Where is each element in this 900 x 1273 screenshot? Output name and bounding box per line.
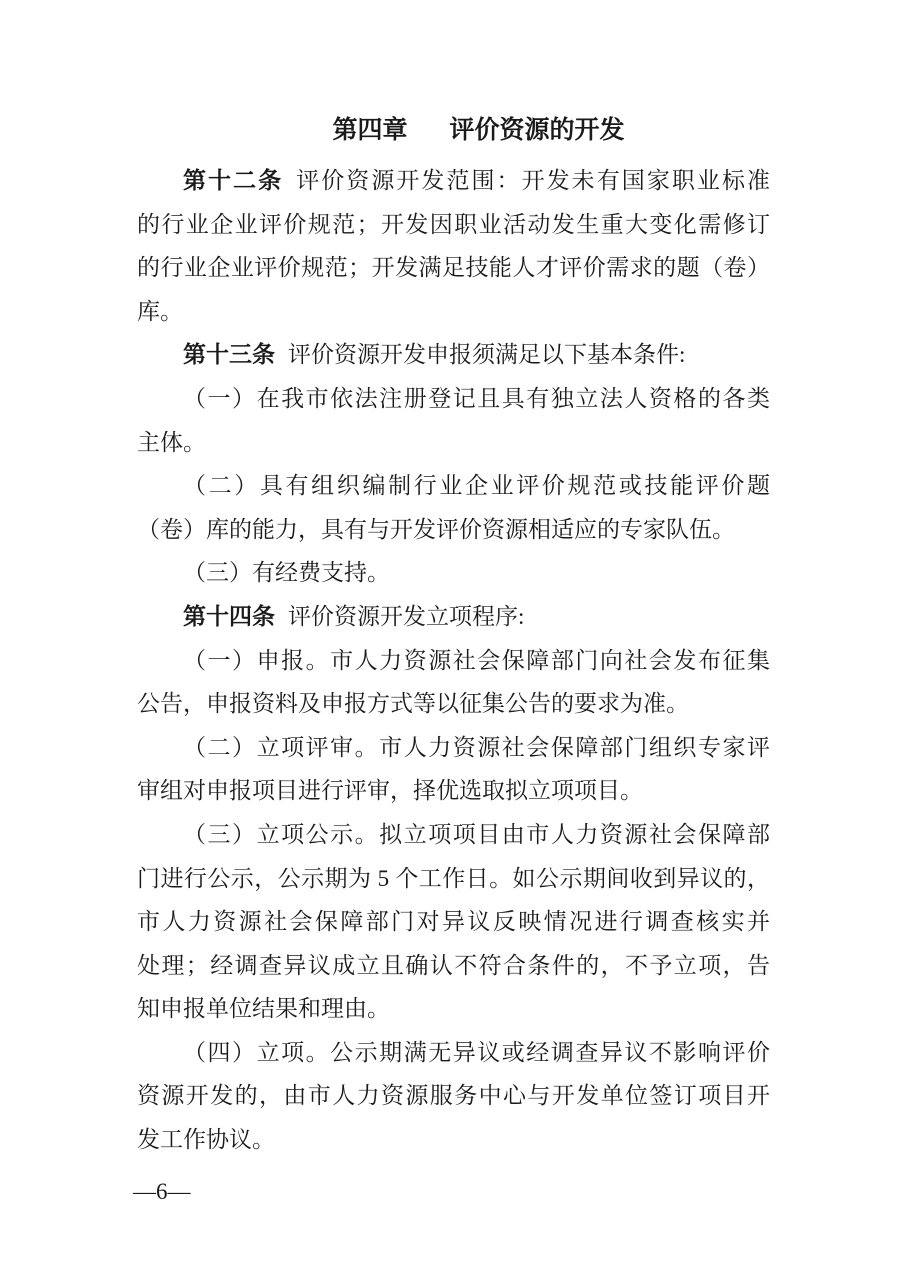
article-14-label: 第十四条 (183, 603, 275, 629)
text-line: 公告，申报资料及申报方式等以征集公告的要求为准。 (137, 682, 770, 726)
paragraph-procedure-1: （一）申报。市人力资源社会保障部门向社会发布征集 公告，申报资料及申报方式等以征… (137, 639, 770, 726)
text-line: 处理；经调查异议成立且确认不符合条件的，不予立项，告 (137, 944, 770, 988)
chapter-title: 评价资源的开发 (450, 116, 625, 144)
text-line: （一）申报。市人力资源社会保障部门向社会发布征集 (137, 639, 770, 683)
text-line: 发工作协议。 (137, 1118, 770, 1162)
paragraph-article-13: 第十三条评价资源开发申报须满足以下基本条件: (137, 333, 770, 377)
text-line: 第十四条评价资源开发立项程序: (137, 595, 770, 639)
document-body: 第十二条评价资源开发范围：开发未有国家职业标准 的行业企业评价规范；开发因职业活… (137, 159, 770, 1162)
text-line: 第十三条评价资源开发申报须满足以下基本条件: (137, 333, 770, 377)
text-run: 评价资源开发范围：开发未有国家职业标准 (296, 168, 770, 193)
document-page: 第四章评价资源的开发 第十二条评价资源开发范围：开发未有国家职业标准 的行业企业… (0, 0, 900, 1273)
text-line: （四）立项。公示期满无异议或经调查异议不影响评价 (137, 1031, 770, 1075)
chapter-heading: 第四章评价资源的开发 (162, 113, 795, 147)
text-line: （三）立项公示。拟立项项目由市人力资源社会保障部 (137, 813, 770, 857)
text-line: 审组对申报项目进行评审，择优选取拟立项项目。 (137, 769, 770, 813)
paragraph-article-12: 第十二条评价资源开发范围：开发未有国家职业标准 的行业企业评价规范；开发因职业活… (137, 159, 770, 333)
text-line: 市人力资源社会保障部门对异议反映情况进行调查核实并 (137, 900, 770, 944)
article-13-label: 第十三条 (183, 341, 275, 367)
document-content: 第四章评价资源的开发 第十二条评价资源开发范围：开发未有国家职业标准 的行业企业… (137, 0, 770, 1205)
article-12-label: 第十二条 (183, 167, 283, 193)
text-run: 评价资源开发立项程序: (288, 604, 524, 629)
text-line: （卷）库的能力，具有与开发评价资源相适应的专家队伍。 (137, 508, 770, 552)
text-line: 的行业企业评价规范；开发满足技能人才评价需求的题（卷） (137, 246, 770, 290)
text-line: 库。 (137, 290, 770, 334)
paragraph-item-1: （一）在我市依法注册登记且具有独立法人资格的各类 主体。 (137, 377, 770, 464)
paragraph-procedure-3: （三）立项公示。拟立项项目由市人力资源社会保障部 门进行公示，公示期为 5 个工… (137, 813, 770, 1031)
paragraph-article-14: 第十四条评价资源开发立项程序: (137, 595, 770, 639)
text-line: 门进行公示，公示期为 5 个工作日。如公示期间收到异议的， (137, 857, 770, 901)
paragraph-procedure-2: （二）立项评审。市人力资源社会保障部门组织专家评 审组对申报项目进行评审，择优选… (137, 726, 770, 813)
paragraph-item-3: （三）有经费支持。 (137, 551, 770, 595)
text-line: 资源开发的，由市人力资源服务中心与开发单位签订项目开 (137, 1074, 770, 1118)
text-line: 第十二条评价资源开发范围：开发未有国家职业标准 (137, 159, 770, 203)
text-line: 的行业企业评价规范；开发因职业活动发生重大变化需修订 (137, 203, 770, 247)
text-run: 评价资源开发申报须满足以下基本条件: (288, 342, 685, 367)
chapter-number: 第四章 (332, 116, 407, 144)
text-line: （二）具有组织编制行业企业评价规范或技能评价题 (137, 464, 770, 508)
text-line: 主体。 (137, 421, 770, 465)
page-number: —6— (133, 1179, 770, 1205)
paragraph-item-2: （二）具有组织编制行业企业评价规范或技能评价题 （卷）库的能力，具有与开发评价资… (137, 464, 770, 551)
text-line: （三）有经费支持。 (137, 551, 770, 595)
paragraph-procedure-4: （四）立项。公示期满无异议或经调查异议不影响评价 资源开发的，由市人力资源服务中… (137, 1031, 770, 1162)
text-line: （一）在我市依法注册登记且具有独立法人资格的各类 (137, 377, 770, 421)
text-line: （二）立项评审。市人力资源社会保障部门组织专家评 (137, 726, 770, 770)
text-line: 知申报单位结果和理由。 (137, 987, 770, 1031)
